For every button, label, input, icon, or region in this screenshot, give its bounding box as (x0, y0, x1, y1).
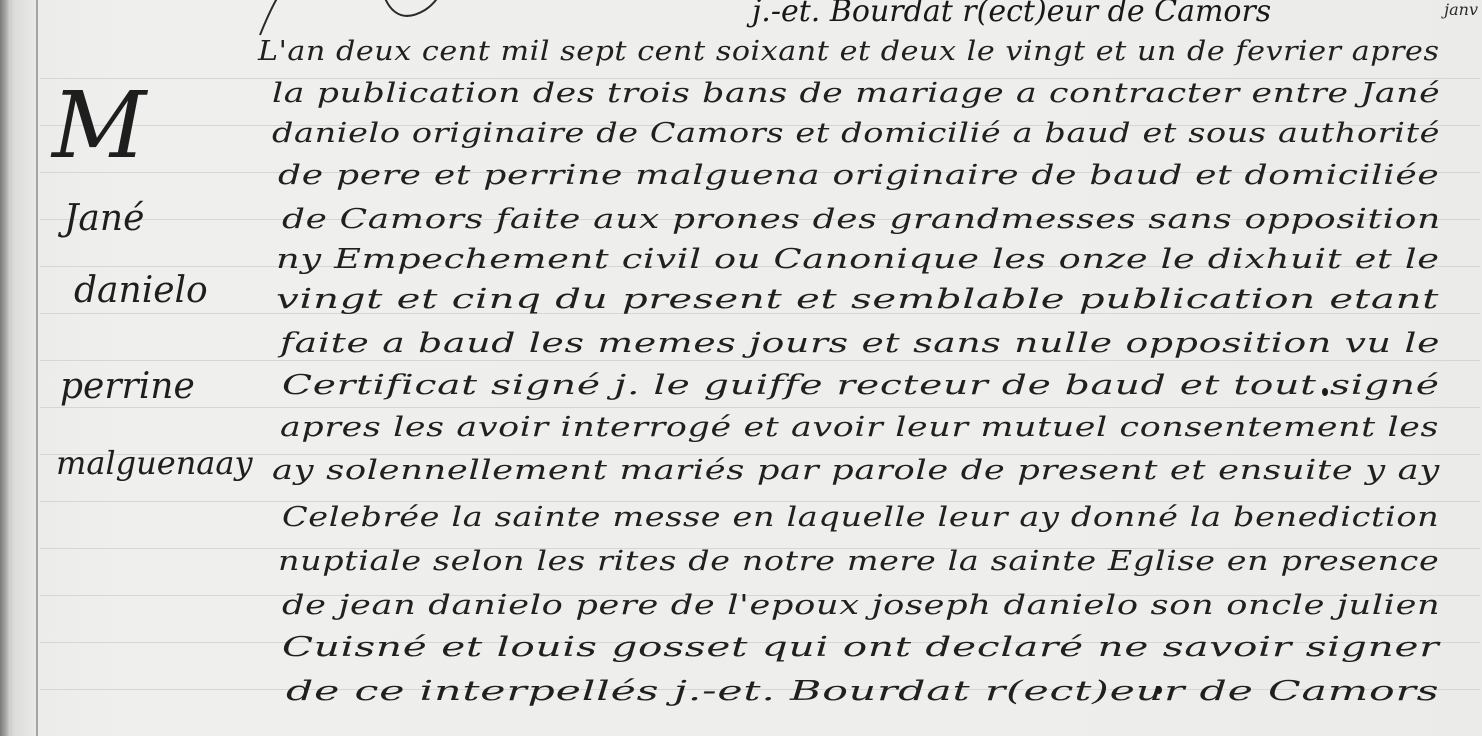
body-line: danielo originaire de Camors et domicili… (272, 118, 1440, 149)
body-line: de jean danielo pere de l'epoux joseph d… (282, 590, 1440, 621)
body-line: Celebrée la sainte messe en laquelle leu… (282, 502, 1439, 533)
corner-mark: janv (1444, 0, 1478, 19)
ruled-line (40, 407, 1480, 408)
body-line: L'an deux cent mil sept cent soixant et … (258, 36, 1439, 67)
flourish-ornament (250, 0, 450, 40)
ruled-line (40, 360, 1480, 361)
ink-blot (1322, 388, 1328, 396)
body-line: apres les avoir interrogé et avoir leur … (280, 412, 1439, 443)
margin-bride-last-name: malguenaay (56, 444, 253, 482)
ink-blot (1156, 686, 1162, 694)
body-line: faite a baud les memes jours et sans nul… (280, 328, 1440, 359)
body-line: de pere et perrine malguena originaire d… (278, 160, 1439, 191)
margin-entry-letter: M (52, 72, 136, 179)
body-line: nuptiale selon les rites de notre mere l… (278, 546, 1439, 577)
margin-rule (36, 0, 38, 736)
body-line: de Camors faite aux prones des grandmess… (282, 204, 1441, 235)
body-line: ay solennellement mariés par parole de p… (272, 455, 1440, 486)
binding-edge (0, 0, 10, 736)
body-line: vingt et cinq du present et semblable pu… (276, 284, 1439, 315)
margin-groom-last-name: danielo (74, 270, 208, 311)
header-signature: j.-et. Bourdat r(ect)eur de Camors (752, 0, 1271, 29)
margin-groom-first-name: Jané (64, 198, 144, 239)
body-line: Certificat signé j. le guiffe recteur de… (282, 370, 1440, 401)
body-line: de ce interpellés j.-et. Bourdat r(ect)e… (286, 676, 1439, 707)
body-line: Cuisné et louis gosset qui ont declaré n… (282, 632, 1439, 663)
margin-bride-first-name: perrine (60, 366, 195, 407)
register-page: j.-et. Bourdat r(ect)eur de Camors janv … (0, 0, 1482, 736)
body-line: ny Empechement civil ou Canonique les on… (276, 244, 1440, 275)
body-line: la publication des trois bans de mariage… (272, 78, 1440, 109)
